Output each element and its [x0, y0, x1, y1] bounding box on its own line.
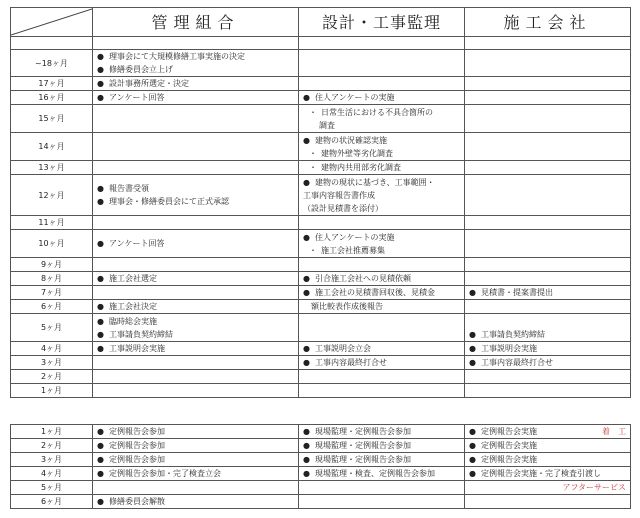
sekkei-cell: 工事説明会立会 — [299, 342, 465, 356]
list-item: 工事内容最終打合せ — [469, 356, 626, 369]
table-row: 10ヶ月アンケート回答住人アンケートの実施施工会社推薦募集 — [11, 230, 631, 258]
list-item: 工事内容最終打合せ — [303, 356, 460, 369]
sekou-cell — [465, 370, 631, 384]
month-cell: 8ヶ月 — [11, 272, 93, 286]
list-item: 定例報告会参加 — [97, 453, 294, 466]
sekkei-cell — [299, 258, 465, 272]
sekkei-cell — [299, 216, 465, 230]
header-sekou: 施工会社 — [465, 8, 631, 37]
kanri-cell: 報告書受領理事会・修繕委員会にて正式承認 — [93, 175, 299, 216]
kanri-cell — [93, 133, 299, 161]
sekkei-cell — [299, 481, 465, 495]
list-item: 住人アンケートの実施 — [303, 231, 460, 244]
sekkei-cell — [299, 370, 465, 384]
table-row: 4ヶ月定例報告会参加・完了検査立会現場監理・検査、定例報告会参加定例報告会実施・… — [11, 467, 631, 481]
sekkei-cell — [299, 495, 465, 509]
table-row: 12ヶ月報告書受領理事会・修繕委員会にて正式承認建物の現状に基づき、工事範囲・工… — [11, 175, 631, 216]
sekou-cell-content: 定例報告会実施・完了検査引渡し — [469, 467, 626, 480]
table-row: 3ヶ月定例報告会参加現場監理・定例報告会参加定例報告会実施 — [11, 453, 631, 467]
table-row: 16ヶ月アンケート回答住人アンケートの実施 — [11, 91, 631, 105]
list-item: 定例報告会実施 — [469, 439, 537, 452]
list-item: 現場監理・検査、定例報告会参加 — [303, 467, 460, 480]
kanri-cell: 設計事務所選定・決定 — [93, 77, 299, 91]
month-cell: 9ヶ月 — [11, 258, 93, 272]
sekou-cell — [465, 91, 631, 105]
sekou-cell — [465, 216, 631, 230]
table-row: 1ヶ月 — [11, 384, 631, 398]
sekou-cell — [465, 133, 631, 161]
month-cell: 3ヶ月 — [11, 356, 93, 370]
kanri-cell: 理事会にて大規模修繕工事実施の決定修繕委員会立上げ — [93, 50, 299, 77]
table-row: 6ヶ月修繕委員会解散 — [11, 495, 631, 509]
sekkei-cell: 現場監理・定例報告会参加 — [299, 453, 465, 467]
sekou-cell: 見積書・提案書提出 — [465, 286, 631, 300]
milestone-note: 着 工 — [602, 425, 626, 438]
sekou-cell — [465, 300, 631, 314]
table-row: 9ヶ月 — [11, 258, 631, 272]
list-item: 施工会社決定 — [97, 300, 294, 313]
month-cell: 14ヶ月 — [11, 133, 93, 161]
list-item: アンケート回答 — [97, 91, 294, 104]
kanri-cell — [93, 384, 299, 398]
list-item: 修繕委員会立上げ — [97, 63, 294, 76]
sekkei-cell: 住人アンケートの実施施工会社推薦募集 — [299, 230, 465, 258]
sekkei-cell: 日常生活における不具合箇所の 調査 — [299, 105, 465, 133]
spacer-cell — [93, 37, 299, 50]
list-item: 建物内共用部劣化調査 — [303, 161, 460, 174]
list-item — [469, 315, 626, 328]
sekou-cell-content: 定例報告会実施着 工 — [469, 425, 626, 438]
sekou-cell — [465, 384, 631, 398]
kanri-cell: 臨時総会実施工事請負契約締結 — [93, 314, 299, 342]
list-item: 工事説明会立会 — [303, 342, 460, 355]
sekou-cell — [465, 50, 631, 77]
sekkei-cell: 施工会社の見積書回収後、見積金 — [299, 286, 465, 300]
table-row: 13ヶ月建物内共用部劣化調査 — [11, 161, 631, 175]
list-item: 施工会社推薦募集 — [303, 244, 460, 257]
table-row: 2ヶ月 — [11, 370, 631, 384]
kanri-cell: アンケート回答 — [93, 230, 299, 258]
kanri-cell — [93, 481, 299, 495]
kanri-cell — [93, 216, 299, 230]
sekou-cell: 定例報告会実施 — [465, 439, 631, 453]
sekou-cell-content: 定例報告会実施 — [469, 439, 626, 452]
table-row: 8ヶ月施工会社選定引合施工会社への見積依頼 — [11, 272, 631, 286]
spacer-cell — [299, 37, 465, 50]
kanri-cell: 定例報告会参加 — [93, 439, 299, 453]
table-row: ~18ヶ月理事会にて大規模修繕工事実施の決定修繕委員会立上げ — [11, 50, 631, 77]
sekkei-cell: 現場監理・検査、定例報告会参加 — [299, 467, 465, 481]
table-row: 3ヶ月工事内容最終打合せ工事内容最終打合せ — [11, 356, 631, 370]
sekou-cell — [465, 105, 631, 133]
table-row: 4ヶ月工事説明会実施工事説明会立会工事説明会実施 — [11, 342, 631, 356]
list-item: 建物の現状に基づき、工事範囲・ — [303, 176, 460, 189]
spacer-row — [11, 37, 631, 50]
month-cell: 5ヶ月 — [11, 481, 93, 495]
sekkei-cell: 現場監理・定例報告会参加 — [299, 425, 465, 439]
table-row: 14ヶ月建物の状況確認実施建物外壁等劣化調査 — [11, 133, 631, 161]
kanri-cell: 工事説明会実施 — [93, 342, 299, 356]
sekkei-cell: 現場監理・定例報告会参加 — [299, 439, 465, 453]
list-item: 施工会社の見積書回収後、見積金 — [303, 286, 460, 299]
table-row: 5ヶ月臨時総会実施工事請負契約締結 工事請負契約締結 — [11, 314, 631, 342]
list-item: 修繕委員会解散 — [97, 495, 294, 508]
kanri-cell: 修繕委員会解散 — [93, 495, 299, 509]
header-kanri: 管理組合 — [93, 8, 299, 37]
month-cell: 10ヶ月 — [11, 230, 93, 258]
list-item: 施工会社選定 — [97, 272, 294, 285]
table-row: 7ヶ月施工会社の見積書回収後、見積金見積書・提案書提出 — [11, 286, 631, 300]
list-item: 工事説明会実施 — [97, 342, 294, 355]
list-item: 定例報告会実施 — [469, 453, 537, 466]
sekou-cell-content: 定例報告会実施 — [469, 453, 626, 466]
list-item: 日常生活における不具合箇所の — [303, 106, 460, 119]
month-cell: ~18ヶ月 — [11, 50, 93, 77]
month-cell: 6ヶ月 — [11, 300, 93, 314]
kanri-cell: 定例報告会参加 — [93, 425, 299, 439]
sekou-cell — [465, 230, 631, 258]
diagonal-line-icon — [11, 8, 92, 36]
milestone-note: アフターサービス — [563, 481, 626, 494]
list-item: 現場監理・定例報告会参加 — [303, 439, 460, 452]
sekou-cell — [465, 175, 631, 216]
list-item: 額比較表作成後報告 — [303, 300, 460, 313]
list-item: 設計事務所選定・決定 — [97, 77, 294, 90]
list-item: 引合施工会社への見積依頼 — [303, 272, 460, 285]
sekou-cell: 工事請負契約締結 — [465, 314, 631, 342]
list-item: 工事請負契約締結 — [469, 328, 626, 341]
kanri-cell — [93, 370, 299, 384]
month-cell: 17ヶ月 — [11, 77, 93, 91]
list-item: 住人アンケートの実施 — [303, 91, 460, 104]
sekkei-cell — [299, 314, 465, 342]
list-item: 理事会・修繕委員会にて正式承認 — [97, 195, 294, 208]
sekkei-cell: 工事内容最終打合せ — [299, 356, 465, 370]
month-cell: 11ヶ月 — [11, 216, 93, 230]
sekou-cell-content: アフターサービス — [469, 481, 626, 494]
table-row: 6ヶ月施工会社決定 額比較表作成後報告 — [11, 300, 631, 314]
sekou-cell: 定例報告会実施着 工 — [465, 425, 631, 439]
month-cell: 12ヶ月 — [11, 175, 93, 216]
list-item: 定例報告会参加 — [97, 425, 294, 438]
month-cell: 16ヶ月 — [11, 91, 93, 105]
sekkei-cell: 建物の状況確認実施建物外壁等劣化調査 — [299, 133, 465, 161]
month-cell: 4ヶ月 — [11, 467, 93, 481]
kanri-cell: 施工会社選定 — [93, 272, 299, 286]
kanri-cell: 定例報告会参加 — [93, 453, 299, 467]
sekkei-cell: 建物内共用部劣化調査 — [299, 161, 465, 175]
sekou-cell: 工事内容最終打合せ — [465, 356, 631, 370]
sekou-cell: アフターサービス — [465, 481, 631, 495]
sekou-cell — [465, 272, 631, 286]
sekkei-cell — [299, 77, 465, 91]
list-item: 定例報告会実施 — [469, 425, 537, 438]
kanri-cell: 定例報告会参加・完了検査立会 — [93, 467, 299, 481]
sekkei-cell: 引合施工会社への見積依頼 — [299, 272, 465, 286]
pre-construction-schedule-table: 管理組合 設計・工事監理 施工会社 ~18ヶ月理事会にて大規模修繕工事実施の決定… — [10, 7, 631, 398]
header-sekkei: 設計・工事監理 — [299, 8, 465, 37]
sekkei-cell — [299, 384, 465, 398]
list-item: 報告書受領 — [97, 182, 294, 195]
kanri-cell — [93, 356, 299, 370]
list-item: 定例報告会実施・完了検査引渡し — [469, 467, 601, 480]
sekkei-cell — [299, 50, 465, 77]
kanri-cell — [93, 286, 299, 300]
table-row: 5ヶ月アフターサービス — [11, 481, 631, 495]
list-item: 見積書・提案書提出 — [469, 286, 626, 299]
list-item: 工事説明会実施 — [469, 342, 626, 355]
kanri-cell: 施工会社決定 — [93, 300, 299, 314]
spacer-cell — [11, 37, 93, 50]
sekkei-cell: 住人アンケートの実施 — [299, 91, 465, 105]
table-row: 17ヶ月設計事務所選定・決定 — [11, 77, 631, 91]
list-item: 建物の状況確認実施 — [303, 134, 460, 147]
month-cell: 5ヶ月 — [11, 314, 93, 342]
list-item: 定例報告会参加・完了検査立会 — [97, 467, 294, 480]
sekkei-cell: 額比較表作成後報告 — [299, 300, 465, 314]
list-item: 工事請負契約締結 — [97, 328, 294, 341]
construction-schedule-table: 1ヶ月定例報告会参加現場監理・定例報告会参加定例報告会実施着 工2ヶ月定例報告会… — [10, 424, 631, 509]
month-cell: 4ヶ月 — [11, 342, 93, 356]
sekou-cell: 定例報告会実施・完了検査引渡し — [465, 467, 631, 481]
table-row: 1ヶ月定例報告会参加現場監理・定例報告会参加定例報告会実施着 工 — [11, 425, 631, 439]
month-cell: 15ヶ月 — [11, 105, 93, 133]
list-item: 工事内容報告書作成 — [303, 189, 460, 202]
kanri-cell — [93, 105, 299, 133]
sekou-cell — [465, 258, 631, 272]
spacer-cell — [465, 37, 631, 50]
corner-cell — [11, 8, 93, 37]
month-cell: 2ヶ月 — [11, 439, 93, 453]
sekou-cell — [465, 77, 631, 91]
month-cell: 7ヶ月 — [11, 286, 93, 300]
kanri-cell — [93, 258, 299, 272]
month-cell: 1ヶ月 — [11, 425, 93, 439]
list-item: 定例報告会参加 — [97, 439, 294, 452]
list-item: 現場監理・定例報告会参加 — [303, 453, 460, 466]
header-row: 管理組合 設計・工事監理 施工会社 — [11, 8, 631, 37]
kanri-cell: アンケート回答 — [93, 91, 299, 105]
list-item: 理事会にて大規模修繕工事実施の決定 — [97, 50, 294, 63]
month-cell: 2ヶ月 — [11, 370, 93, 384]
list-item: 臨時総会実施 — [97, 315, 294, 328]
sekou-cell: 工事説明会実施 — [465, 342, 631, 356]
table-row: 2ヶ月定例報告会参加現場監理・定例報告会参加定例報告会実施 — [11, 439, 631, 453]
list-item: 建物外壁等劣化調査 — [303, 147, 460, 160]
table-row: 15ヶ月日常生活における不具合箇所の 調査 — [11, 105, 631, 133]
list-item: 調査 — [303, 119, 460, 132]
month-cell: 6ヶ月 — [11, 495, 93, 509]
sekou-cell — [465, 495, 631, 509]
sekkei-cell: 建物の現状に基づき、工事範囲・工事内容報告書作成（設計見積書を添付） — [299, 175, 465, 216]
list-item: （設計見積書を添付） — [303, 202, 460, 215]
month-cell: 3ヶ月 — [11, 453, 93, 467]
list-item: アンケート回答 — [97, 237, 294, 250]
month-cell: 1ヶ月 — [11, 384, 93, 398]
sekou-cell — [465, 161, 631, 175]
kanri-cell — [93, 161, 299, 175]
sekou-cell: 定例報告会実施 — [465, 453, 631, 467]
table-row: 11ヶ月 — [11, 216, 631, 230]
month-cell: 13ヶ月 — [11, 161, 93, 175]
list-item: 現場監理・定例報告会参加 — [303, 425, 460, 438]
